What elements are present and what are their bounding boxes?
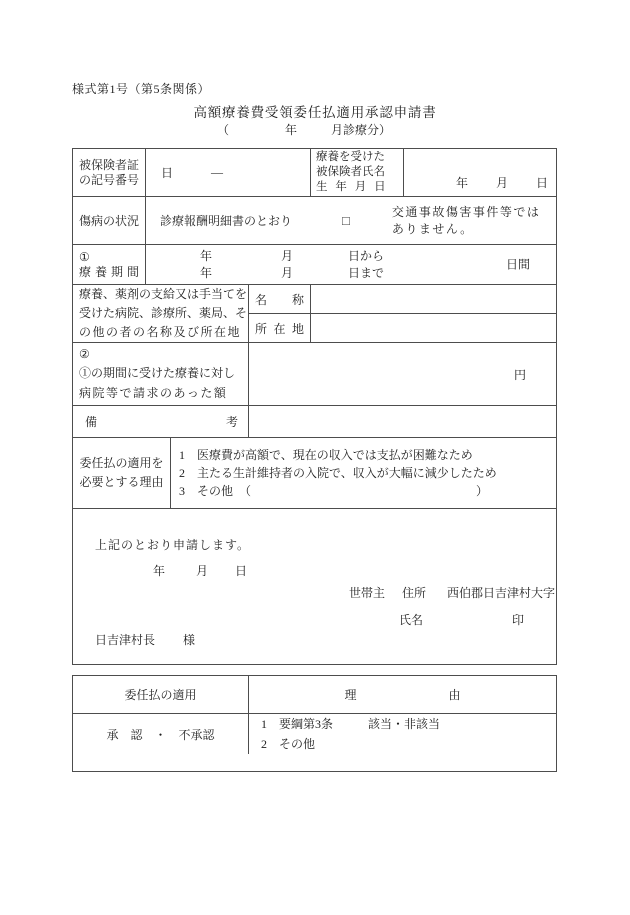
injury-statement: 診療報酬明細書のとおり <box>160 212 292 229</box>
app-date-month-unit: 月 <box>196 564 208 578</box>
injury-status-body: 診療報酬明細書のとおり □ 交通事故傷害事件等では ありません。 <box>146 197 556 244</box>
reason-item-3-close-paren: ） <box>476 482 488 500</box>
reason-item-3-text: 3 その他 （ <box>179 482 251 500</box>
approval-header-col1-text: 委任払の適用 <box>124 686 196 703</box>
provider-name-label: 名 称 <box>249 285 311 313</box>
reason-item-2: 2 主たる生計維持者の入院で、収入が大幅に減少したため <box>179 464 556 482</box>
birthdate-label: 生 年 月 日 <box>316 180 386 195</box>
reason-label-line1: 委任払の適用を <box>79 454 163 473</box>
name-label: 氏名 <box>399 613 423 627</box>
provider-label-line1: 療養、薬剤の支給又は手当てを <box>79 285 247 304</box>
remarks-label: 備 考 <box>73 406 249 437</box>
traffic-accident-note: 交通事故傷害事件等では ありません。 <box>392 204 541 238</box>
row-insured: 被保険者証 の記号番号 日 ― 療養を受けた 被保険者氏名 生 年 月 日 年 … <box>73 149 556 197</box>
traffic-accident-checkbox: □ <box>342 213 350 229</box>
remarks-label-char1: 備 <box>85 413 97 430</box>
to-month-unit: 月 <box>281 266 293 280</box>
row-reason: 委任払の適用を 必要とする理由 1 医療費が高額で、現在の収入では支払が困難なた… <box>73 438 556 509</box>
provider-name-row: 名 称 <box>249 285 556 314</box>
remarks-label-char2: 考 <box>226 413 238 430</box>
care-period-to-line: 年 月 日まで <box>146 265 556 282</box>
approval-item1-suffix: 該当・非該当 <box>368 717 440 731</box>
to-day-unit: 日まで <box>348 266 384 280</box>
app-date-year-unit: 年 <box>153 564 165 578</box>
reason-header-char1: 理 <box>344 686 356 703</box>
app-date-day-unit: 日 <box>235 564 247 578</box>
care-period-from-line: 年 月 日から <box>146 248 556 265</box>
insured-cert-label-line2: の記号番号 <box>79 173 139 188</box>
traffic-note-line2: ありません。 <box>392 221 541 238</box>
billed-amount-label: ② ①の期間に受けた療養に対し 病院等で請求のあった額 <box>73 343 249 405</box>
approval-table: 委任払の適用 理 由 承 認 ・ 不承認 1 要綱第3条 該当・非該当 2 その… <box>72 675 557 772</box>
billed-amount-label-line3: 病院等で請求のあった額 <box>79 384 227 404</box>
addressee-line: 日吉津村長 様 <box>95 631 195 648</box>
subtitle-year: 年 <box>285 123 297 137</box>
cert-number-cell: 日 ― <box>146 149 311 196</box>
care-period-days-unit: 日間 <box>506 256 530 273</box>
provider-name-value-cell <box>311 285 556 313</box>
birth-day-unit: 日 <box>536 174 548 191</box>
injury-status-label: 傷病の状況 <box>73 197 146 244</box>
cert-symbol: 日 <box>161 164 173 181</box>
injury-status-label-text: 傷病の状況 <box>79 212 145 229</box>
householder-label: 世帯主 <box>349 586 385 600</box>
approval-reason-item-1: 1 要綱第3条 該当・非該当 <box>261 714 556 734</box>
care-period-body: 年 月 日から 年 月 日まで 日間 <box>146 245 556 284</box>
form-subtitle: （ 年 月診療分） <box>217 121 391 138</box>
insured-cert-label-line1: 被保険者証 <box>79 158 139 173</box>
addr-label-char2: 在 <box>273 320 285 337</box>
householder-name-line: 氏名 印 <box>399 611 524 628</box>
row-remarks: 備 考 <box>73 406 556 438</box>
reason-label: 委任払の適用を 必要とする理由 <box>73 438 171 508</box>
subtitle-open-paren: （ <box>217 123 229 137</box>
approval-header-row: 委任払の適用 理 由 <box>73 676 556 714</box>
addr-label-char1: 所 <box>255 320 267 337</box>
application-table: 被保険者証 の記号番号 日 ― 療養を受けた 被保険者氏名 生 年 月 日 年 … <box>72 148 557 665</box>
householder-address-line: 世帯主 住所 西伯郡日吉津村大字 <box>349 584 555 601</box>
seal-mark: 印 <box>512 613 524 627</box>
addr-label-char3: 地 <box>292 320 304 337</box>
provider-label-line3: の他の者の名称及び所在地 <box>79 323 241 342</box>
provider-label-line2: 受けた病院、診療所、薬局、そ <box>79 304 247 323</box>
row-care-period: ① 療養期間 年 月 日から 年 月 日まで 日間 <box>73 245 556 285</box>
from-month-unit: 月 <box>281 249 293 263</box>
reason-item-3: 3 その他 （ ） <box>179 482 556 500</box>
birth-month-unit: 月 <box>496 174 508 191</box>
from-year-unit: 年 <box>200 249 212 263</box>
scanned-form-page: 様式第1号（第5条関係） 高額療養費受領委任払適用承認申請書 （ 年 月診療分）… <box>0 0 630 915</box>
remarks-value-cell <box>249 406 556 437</box>
row-billed-amount: ② ①の期間に受けた療養に対し 病院等で請求のあった額 円 <box>73 343 556 406</box>
approval-header-col2: 理 由 <box>249 676 556 713</box>
reason-header-char2: 由 <box>449 686 461 703</box>
approval-reason-cell: 1 要綱第3条 該当・非該当 2 その他 <box>249 714 556 754</box>
provider-label: 療養、薬剤の支給又は手当てを 受けた病院、診療所、薬局、そ の他の者の名称及び所… <box>73 285 249 342</box>
name-label-char1: 名 <box>255 291 267 308</box>
provider-address-value-cell <box>311 314 556 342</box>
birth-year-unit: 年 <box>456 174 468 191</box>
yen-unit: 円 <box>514 366 526 383</box>
care-period-label: ① 療養期間 <box>73 245 146 284</box>
approval-item1-text: 1 要綱第3条 <box>261 717 333 731</box>
form-title: 高額療養費受領委任払適用承認申請書 <box>0 101 630 121</box>
subtitle-month-part: 月診療分） <box>331 123 391 137</box>
approval-reason-item-2: 2 その他 <box>261 734 556 754</box>
reason-item-1: 1 医療費が高額で、現在の収入では支払が困難なため <box>179 446 556 464</box>
name-label-char2: 称 <box>292 291 304 308</box>
address-value: 西伯郡日吉津村大字 <box>447 586 555 600</box>
recipient-label-line2: 被保険者氏名 <box>316 165 385 180</box>
provider-address-row: 所 在 地 <box>249 314 556 342</box>
addressee-mayor: 日吉津村長 <box>95 633 155 647</box>
traffic-note-line1: 交通事故傷害事件等では <box>392 204 541 221</box>
row-provider: 療養、薬剤の支給又は手当てを 受けた病院、診療所、薬局、そ の他の者の名称及び所… <box>73 285 556 343</box>
provider-address-label: 所 在 地 <box>249 314 311 342</box>
declaration-text: 上記のとおり申請します。 <box>95 536 250 553</box>
approval-data-row: 承 認 ・ 不承認 1 要綱第3条 該当・非該当 2 その他 <box>73 714 556 754</box>
insured-cert-label: 被保険者証 の記号番号 <box>73 149 146 196</box>
to-year-unit: 年 <box>200 266 212 280</box>
billed-amount-circled-number: ② <box>79 345 90 365</box>
address-label: 住所 <box>402 586 426 600</box>
form-number: 様式第1号（第5条関係） <box>72 80 210 97</box>
reason-items: 1 医療費が高額で、現在の収入では支払が困難なため 2 主たる生計維持者の入院で… <box>171 438 556 508</box>
row-injury-status: 傷病の状況 診療報酬明細書のとおり □ 交通事故傷害事件等では ありません。 <box>73 197 556 245</box>
reason-label-line2: 必要とする理由 <box>79 473 163 492</box>
approval-decision-text: 承 認 ・ 不承認 <box>106 726 214 743</box>
addressee-honorific: 様 <box>183 633 195 647</box>
birthdate-value-cell: 年 月 日 <box>404 149 556 196</box>
provider-right-part: 名 称 所 在 地 <box>249 285 556 342</box>
application-date-line: 年 月 日 <box>153 562 247 579</box>
billed-amount-label-line2: ①の期間に受けた療養に対し <box>79 364 235 384</box>
care-period-circled-number: ① <box>79 250 90 265</box>
approval-header-col1: 委任払の適用 <box>73 676 249 713</box>
cert-dash: ― <box>211 165 223 180</box>
approval-decision-cell: 承 認 ・ 不承認 <box>73 714 249 754</box>
care-period-label-text: 療養期間 <box>79 265 143 280</box>
billed-amount-value-cell: 円 <box>249 343 556 405</box>
recipient-info-label: 療養を受けた 被保険者氏名 生 年 月 日 <box>311 149 404 196</box>
recipient-label-line1: 療養を受けた <box>316 150 385 165</box>
from-day-unit: 日から <box>348 249 384 263</box>
